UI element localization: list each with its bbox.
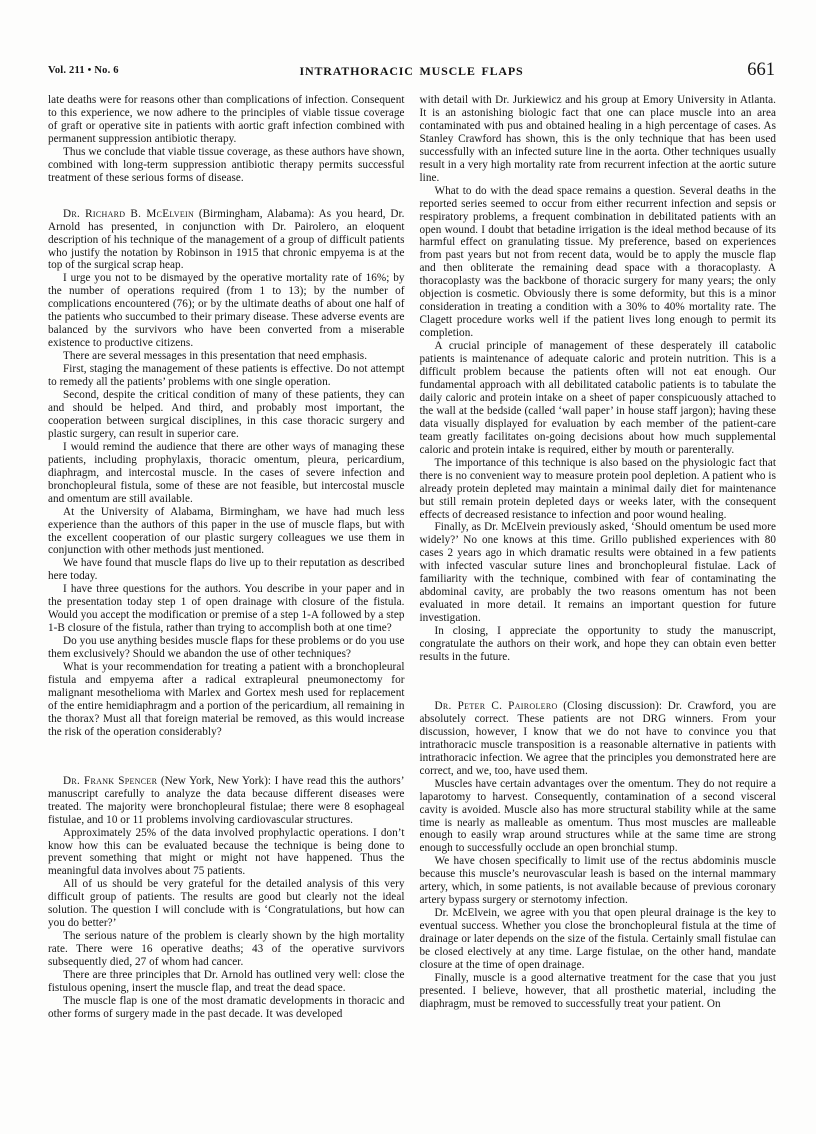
journal-page: Vol. 211 • No. 6 INTRATHORACIC MUSCLE FL… <box>0 0 816 1134</box>
left-column: late deaths were for reasons other than … <box>48 94 405 1021</box>
right-column: with detail with Dr. Jurkiewicz and his … <box>420 94 777 1021</box>
body-paragraph: What is your recommendation for treating… <box>48 661 405 739</box>
body-paragraph: I urge you not to be dismayed by the ope… <box>48 272 405 350</box>
body-paragraph: There are three principles that Dr. Arno… <box>48 969 405 995</box>
discussion-paragraph: Dr. Frank Spencer (New York, New York): … <box>48 775 405 827</box>
body-paragraph: The muscle flap is one of the most drama… <box>48 995 405 1021</box>
body-paragraph: All of us should be very grateful for th… <box>48 878 405 930</box>
body-paragraph: First, staging the management of these p… <box>48 363 405 389</box>
body-paragraph: At the University of Alabama, Birmingham… <box>48 506 405 558</box>
body-paragraph: Approximately 25% of the data involved p… <box>48 827 405 879</box>
body-paragraph: There are several messages in this prese… <box>48 350 405 363</box>
speaker-name: Dr. Peter C. Pairolero <box>435 700 558 712</box>
running-title: INTRATHORACIC MUSCLE FLAPS <box>48 64 775 79</box>
body-paragraph: A crucial principle of management of the… <box>420 340 777 457</box>
body-paragraph: The importance of this technique is also… <box>420 457 777 522</box>
body-paragraph: Thus we conclude that viable tissue cove… <box>48 146 405 185</box>
body-paragraph: Do you use anything besides muscle flaps… <box>48 635 405 661</box>
body-paragraph: I would remind the audience that there a… <box>48 441 405 506</box>
body-paragraph: In closing, I appreciate the opportunity… <box>420 625 777 664</box>
body-paragraph: Dr. McElvein, we agree with you that ope… <box>420 907 777 972</box>
body-paragraph: The serious nature of the problem is cle… <box>48 930 405 969</box>
body-paragraph: with detail with Dr. Jurkiewicz and his … <box>420 94 777 185</box>
discussion-paragraph: Dr. Peter C. Pairolero (Closing discussi… <box>420 700 777 778</box>
body-paragraph: Muscles have certain advantages over the… <box>420 778 777 856</box>
body-paragraph: We have found that muscle flaps do live … <box>48 557 405 583</box>
page-number: 661 <box>747 60 775 81</box>
body-paragraph: What to do with the dead space remains a… <box>420 185 777 340</box>
discussion-paragraph: Dr. Richard B. McElvein (Birmingham, Ala… <box>48 208 405 273</box>
body-paragraph: Finally, muscle is a good alternative tr… <box>420 972 777 1011</box>
body-paragraph: Second, despite the critical condition o… <box>48 389 405 441</box>
body-paragraph: We have chosen specifically to limit use… <box>420 855 777 907</box>
speaker-name: Dr. Frank Spencer <box>63 775 157 787</box>
body-paragraph: I have three questions for the authors. … <box>48 583 405 635</box>
article-body: late deaths were for reasons other than … <box>48 94 776 1021</box>
speaker-name: Dr. Richard B. McElvein <box>63 208 194 220</box>
body-paragraph: late deaths were for reasons other than … <box>48 94 405 146</box>
body-paragraph: Finally, as Dr. McElvein previously aske… <box>420 521 777 625</box>
page-header: Vol. 211 • No. 6 INTRATHORACIC MUSCLE FL… <box>48 60 775 84</box>
